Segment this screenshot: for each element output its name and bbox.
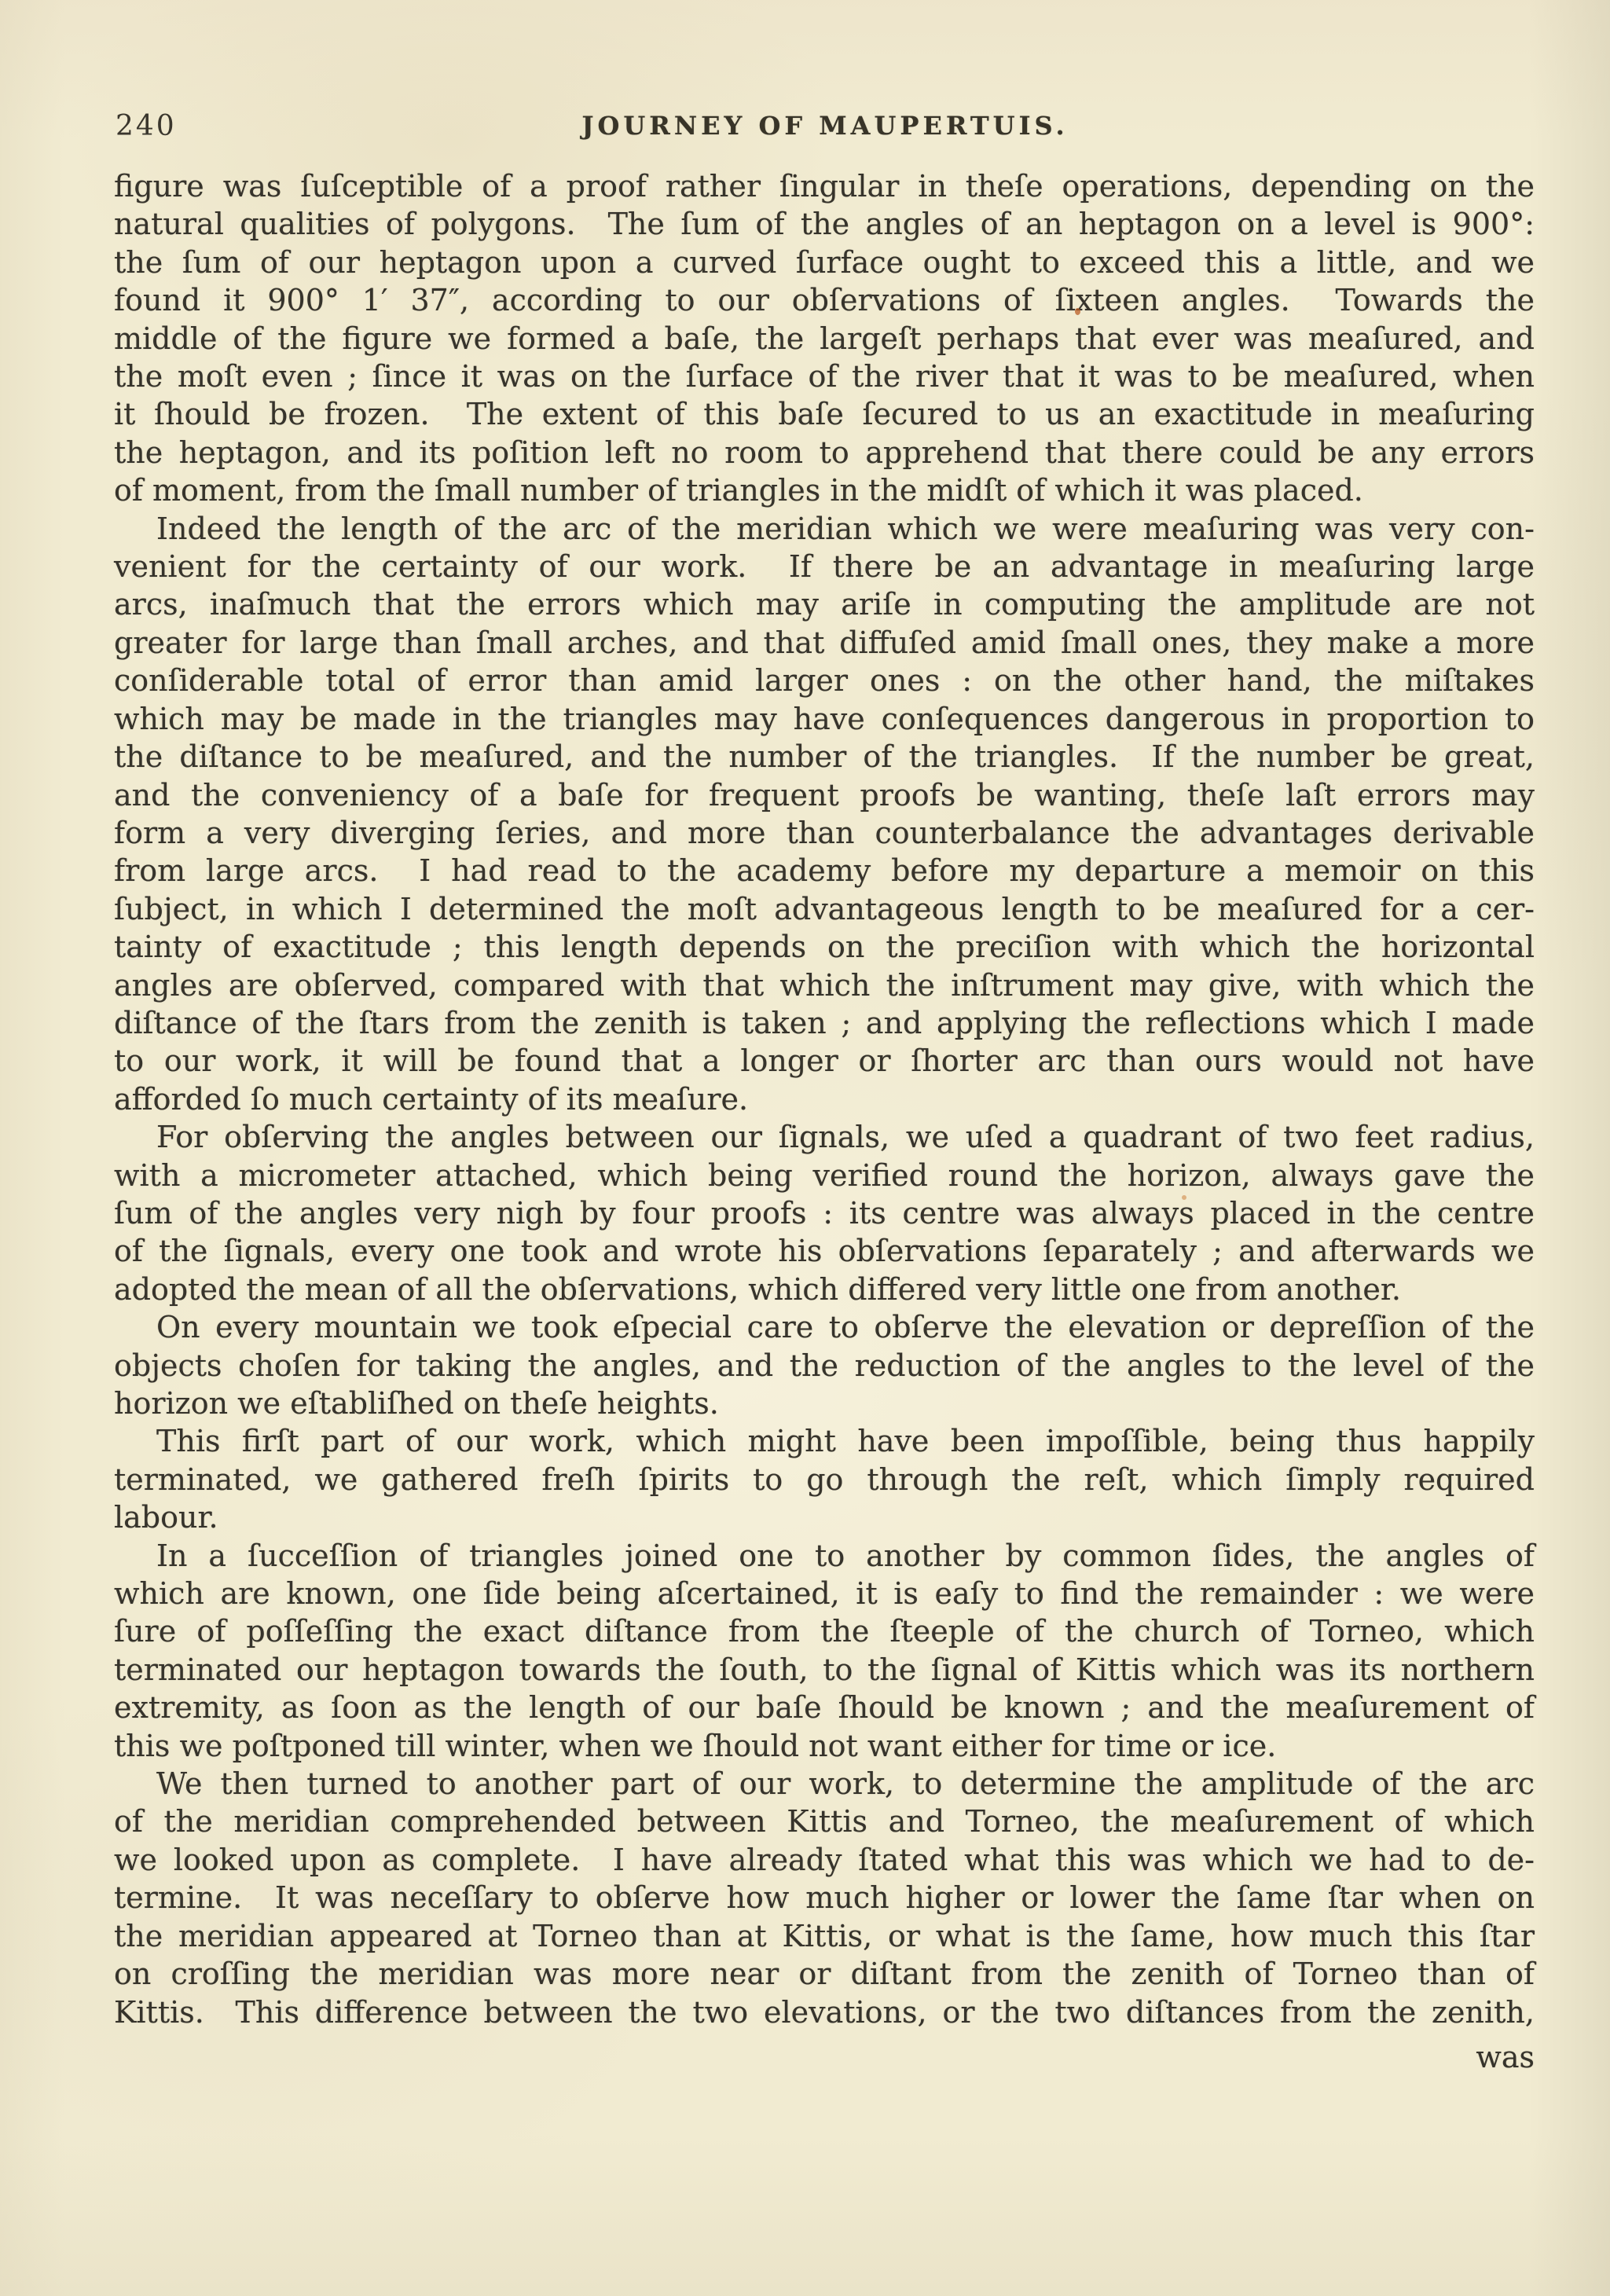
text-line: We then turned to another part of our wo… <box>114 1765 1535 1803</box>
text-line: ſum of the angles very nigh by four proo… <box>114 1194 1535 1232</box>
text-line: Indeed the length of the arc of the meri… <box>114 510 1535 548</box>
text-line: termine. It was neceſſary to obſerve how… <box>114 1879 1535 1916</box>
text-line: which may be made in the triangles may h… <box>114 700 1535 738</box>
text-line: figure was ſuſceptible of a proof rather… <box>114 167 1535 205</box>
text-line: conſiderable total of error than amid la… <box>114 662 1535 699</box>
text-line: In a ſucceſſion of triangles joined one … <box>114 1537 1535 1575</box>
catchword: was <box>1476 2040 1535 2074</box>
running-title: JOURNEY OF MAUPERTUIS. <box>114 111 1536 141</box>
text-line: the heptagon, and its poſition left no r… <box>114 434 1535 471</box>
text-line: This firſt part of our work, which might… <box>114 1422 1535 1460</box>
page-header: 240 JOURNEY OF MAUPERTUIS. <box>114 110 1536 149</box>
body-text: figure was ſuſceptible of a proof rather… <box>114 167 1535 2031</box>
text-line: terminated, we gathered freſh ſpirits to… <box>114 1461 1535 1498</box>
text-line: of the meridian comprehended between Kit… <box>114 1803 1535 1840</box>
text-line: it ſhould be frozen. The extent of this … <box>114 395 1535 433</box>
text-line: middle of the figure we formed a baſe, t… <box>114 320 1535 358</box>
text-line: the diſtance to be meaſured, and the num… <box>114 738 1535 776</box>
text-line: terminated our heptagon towards the ſout… <box>114 1651 1535 1689</box>
catchword-row: was <box>114 2040 1535 2074</box>
text-line: arcs, inaſmuch that the errors which may… <box>114 585 1535 623</box>
text-line: ſubject, in which I determined the moſt … <box>114 890 1535 928</box>
text-line: On every mountain we took eſpecial care … <box>114 1308 1535 1346</box>
text-line: the moſt even ; ſince it was on the ſurf… <box>114 358 1535 395</box>
text-line: horizon we eſtabliſhed on theſe heights. <box>114 1385 1535 1422</box>
text-line: of moment, from the ſmall number of tria… <box>114 471 1535 509</box>
text-line: on croſſing the meridian was more near o… <box>114 1955 1535 1993</box>
text-line: which are known, one ſide being aſcertai… <box>114 1575 1535 1612</box>
text-line: this we poſtponed till winter, when we ſ… <box>114 1727 1535 1765</box>
text-line: angles are obſerved, compared with that … <box>114 966 1535 1004</box>
text-line: greater for large than ſmall arches, and… <box>114 624 1535 662</box>
paper-speck <box>1075 308 1080 315</box>
text-line: and the conveniency of a baſe for freque… <box>114 776 1535 814</box>
text-line: tainty of exactitude ; this length depen… <box>114 928 1535 966</box>
text-line: Kittis. This difference between the two … <box>114 1993 1535 2031</box>
text-line: form a very diverging ſeries, and more t… <box>114 814 1535 852</box>
text-line: venient for the certainty of our work. I… <box>114 548 1535 585</box>
text-line: the ſum of our heptagon upon a curved ſu… <box>114 244 1535 281</box>
text-line: we looked upon as complete. I have alrea… <box>114 1841 1535 1879</box>
text-line: objects choſen for taking the angles, an… <box>114 1347 1535 1385</box>
text-line: found it 900° 1′ 37″, according to our o… <box>114 281 1535 319</box>
text-line: to our work, it will be found that a lon… <box>114 1042 1535 1080</box>
text-line: from large arcs. I had read to the acade… <box>114 852 1535 889</box>
paper-speck <box>1182 1195 1186 1200</box>
paper-speck <box>248 940 252 944</box>
text-line: natural qualities of polygons. The ſum o… <box>114 205 1535 243</box>
text-line: afforded ſo much certainty of its meaſur… <box>114 1080 1535 1118</box>
text-line: For obſerving the angles between our ſig… <box>114 1118 1535 1156</box>
text-line: the meridian appeared at Torneo than at … <box>114 1917 1535 1955</box>
text-line: adopted the mean of all the obſervations… <box>114 1271 1535 1308</box>
text-line: with a micrometer attached, which being … <box>114 1157 1535 1194</box>
text-line: ſure of poſſeſſing the exact diſtance fr… <box>114 1612 1535 1650</box>
text-line: of the ſignals, every one took and wrote… <box>114 1232 1535 1270</box>
book-page-scan: 240 JOURNEY OF MAUPERTUIS. figure was ſu… <box>0 0 1610 2296</box>
text-line: extremity, as ſoon as the length of our … <box>114 1689 1535 1726</box>
text-line: labour. <box>114 1498 1535 1536</box>
text-line: diſtance of the ſtars from the zenith is… <box>114 1004 1535 1042</box>
